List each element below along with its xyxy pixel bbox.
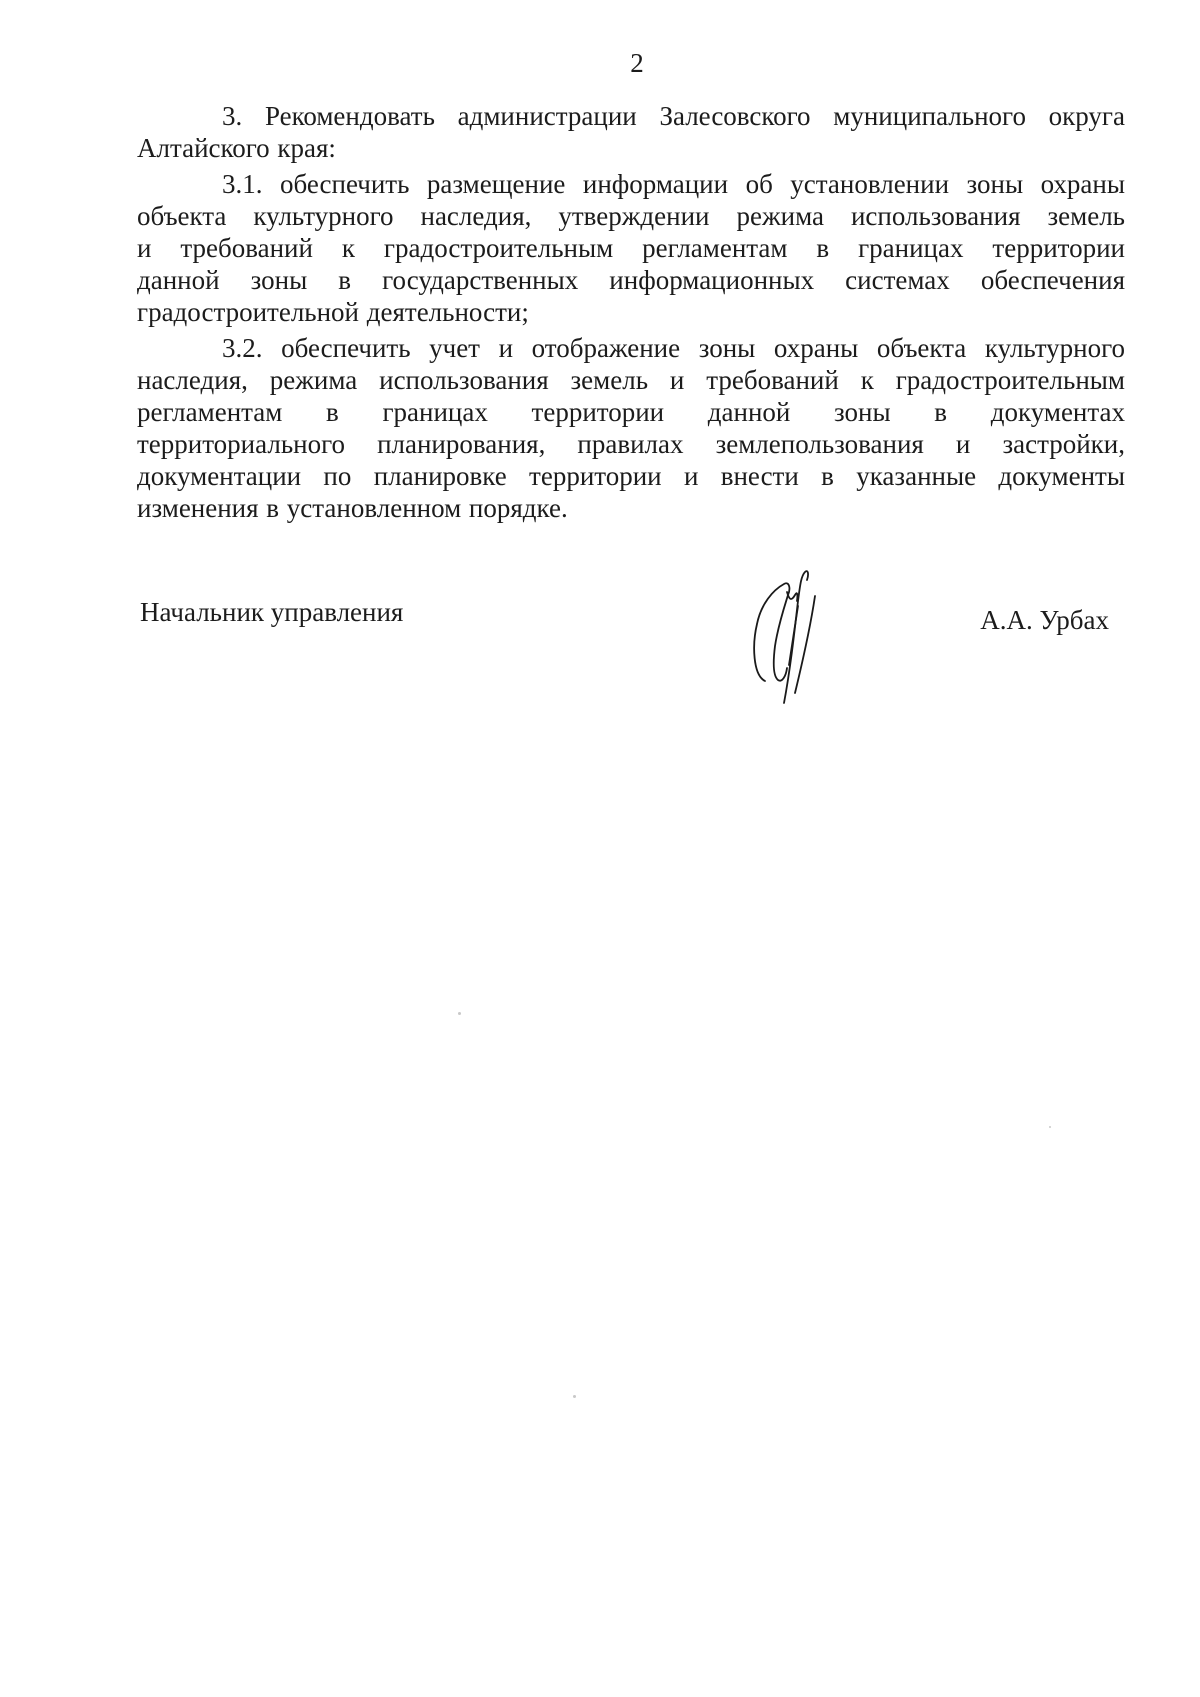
document-page: 2 3. Рекомендовать администрации Залесов… [0,0,1200,1697]
scan-speck [573,1395,576,1398]
text-line: наследия, режима использования земель и … [137,364,1125,396]
text-line: объекта культурного наследия, утверждени… [137,200,1125,232]
scan-speck [458,1012,461,1015]
document-body: 3. Рекомендовать администрации Залесовск… [137,100,1125,528]
text-line: 3. Рекомендовать администрации Залесовск… [137,100,1125,132]
text-line: градостроительной деятельности; [137,296,1125,328]
signatory-title: Начальник управления [140,596,403,628]
page-number: 2 [137,48,1137,78]
text-line: 3.1. обеспечить размещение информации об… [137,168,1125,200]
text-line: территориального планирования, правилах … [137,428,1125,460]
paragraph-3: 3. Рекомендовать администрации Залесовск… [137,100,1125,164]
text-line: изменения в установленном порядке. [137,492,1125,524]
signatory-name: А.А. Урбах [980,604,1109,636]
text-line: и требований к градостроительным регламе… [137,232,1125,264]
text-line: Алтайского края: [137,132,1125,164]
text-line: документации по планировке территории и … [137,460,1125,492]
text-line: данной зоны в государственных информацио… [137,264,1125,296]
scan-speck [1049,1126,1051,1128]
text-line: 3.2. обеспечить учет и отображение зоны … [137,332,1125,364]
handwritten-signature-icon [740,550,840,710]
paragraph-3-2: 3.2. обеспечить учет и отображение зоны … [137,332,1125,524]
text-line: регламентам в границах территории данной… [137,396,1125,428]
paragraph-3-1: 3.1. обеспечить размещение информации об… [137,168,1125,328]
